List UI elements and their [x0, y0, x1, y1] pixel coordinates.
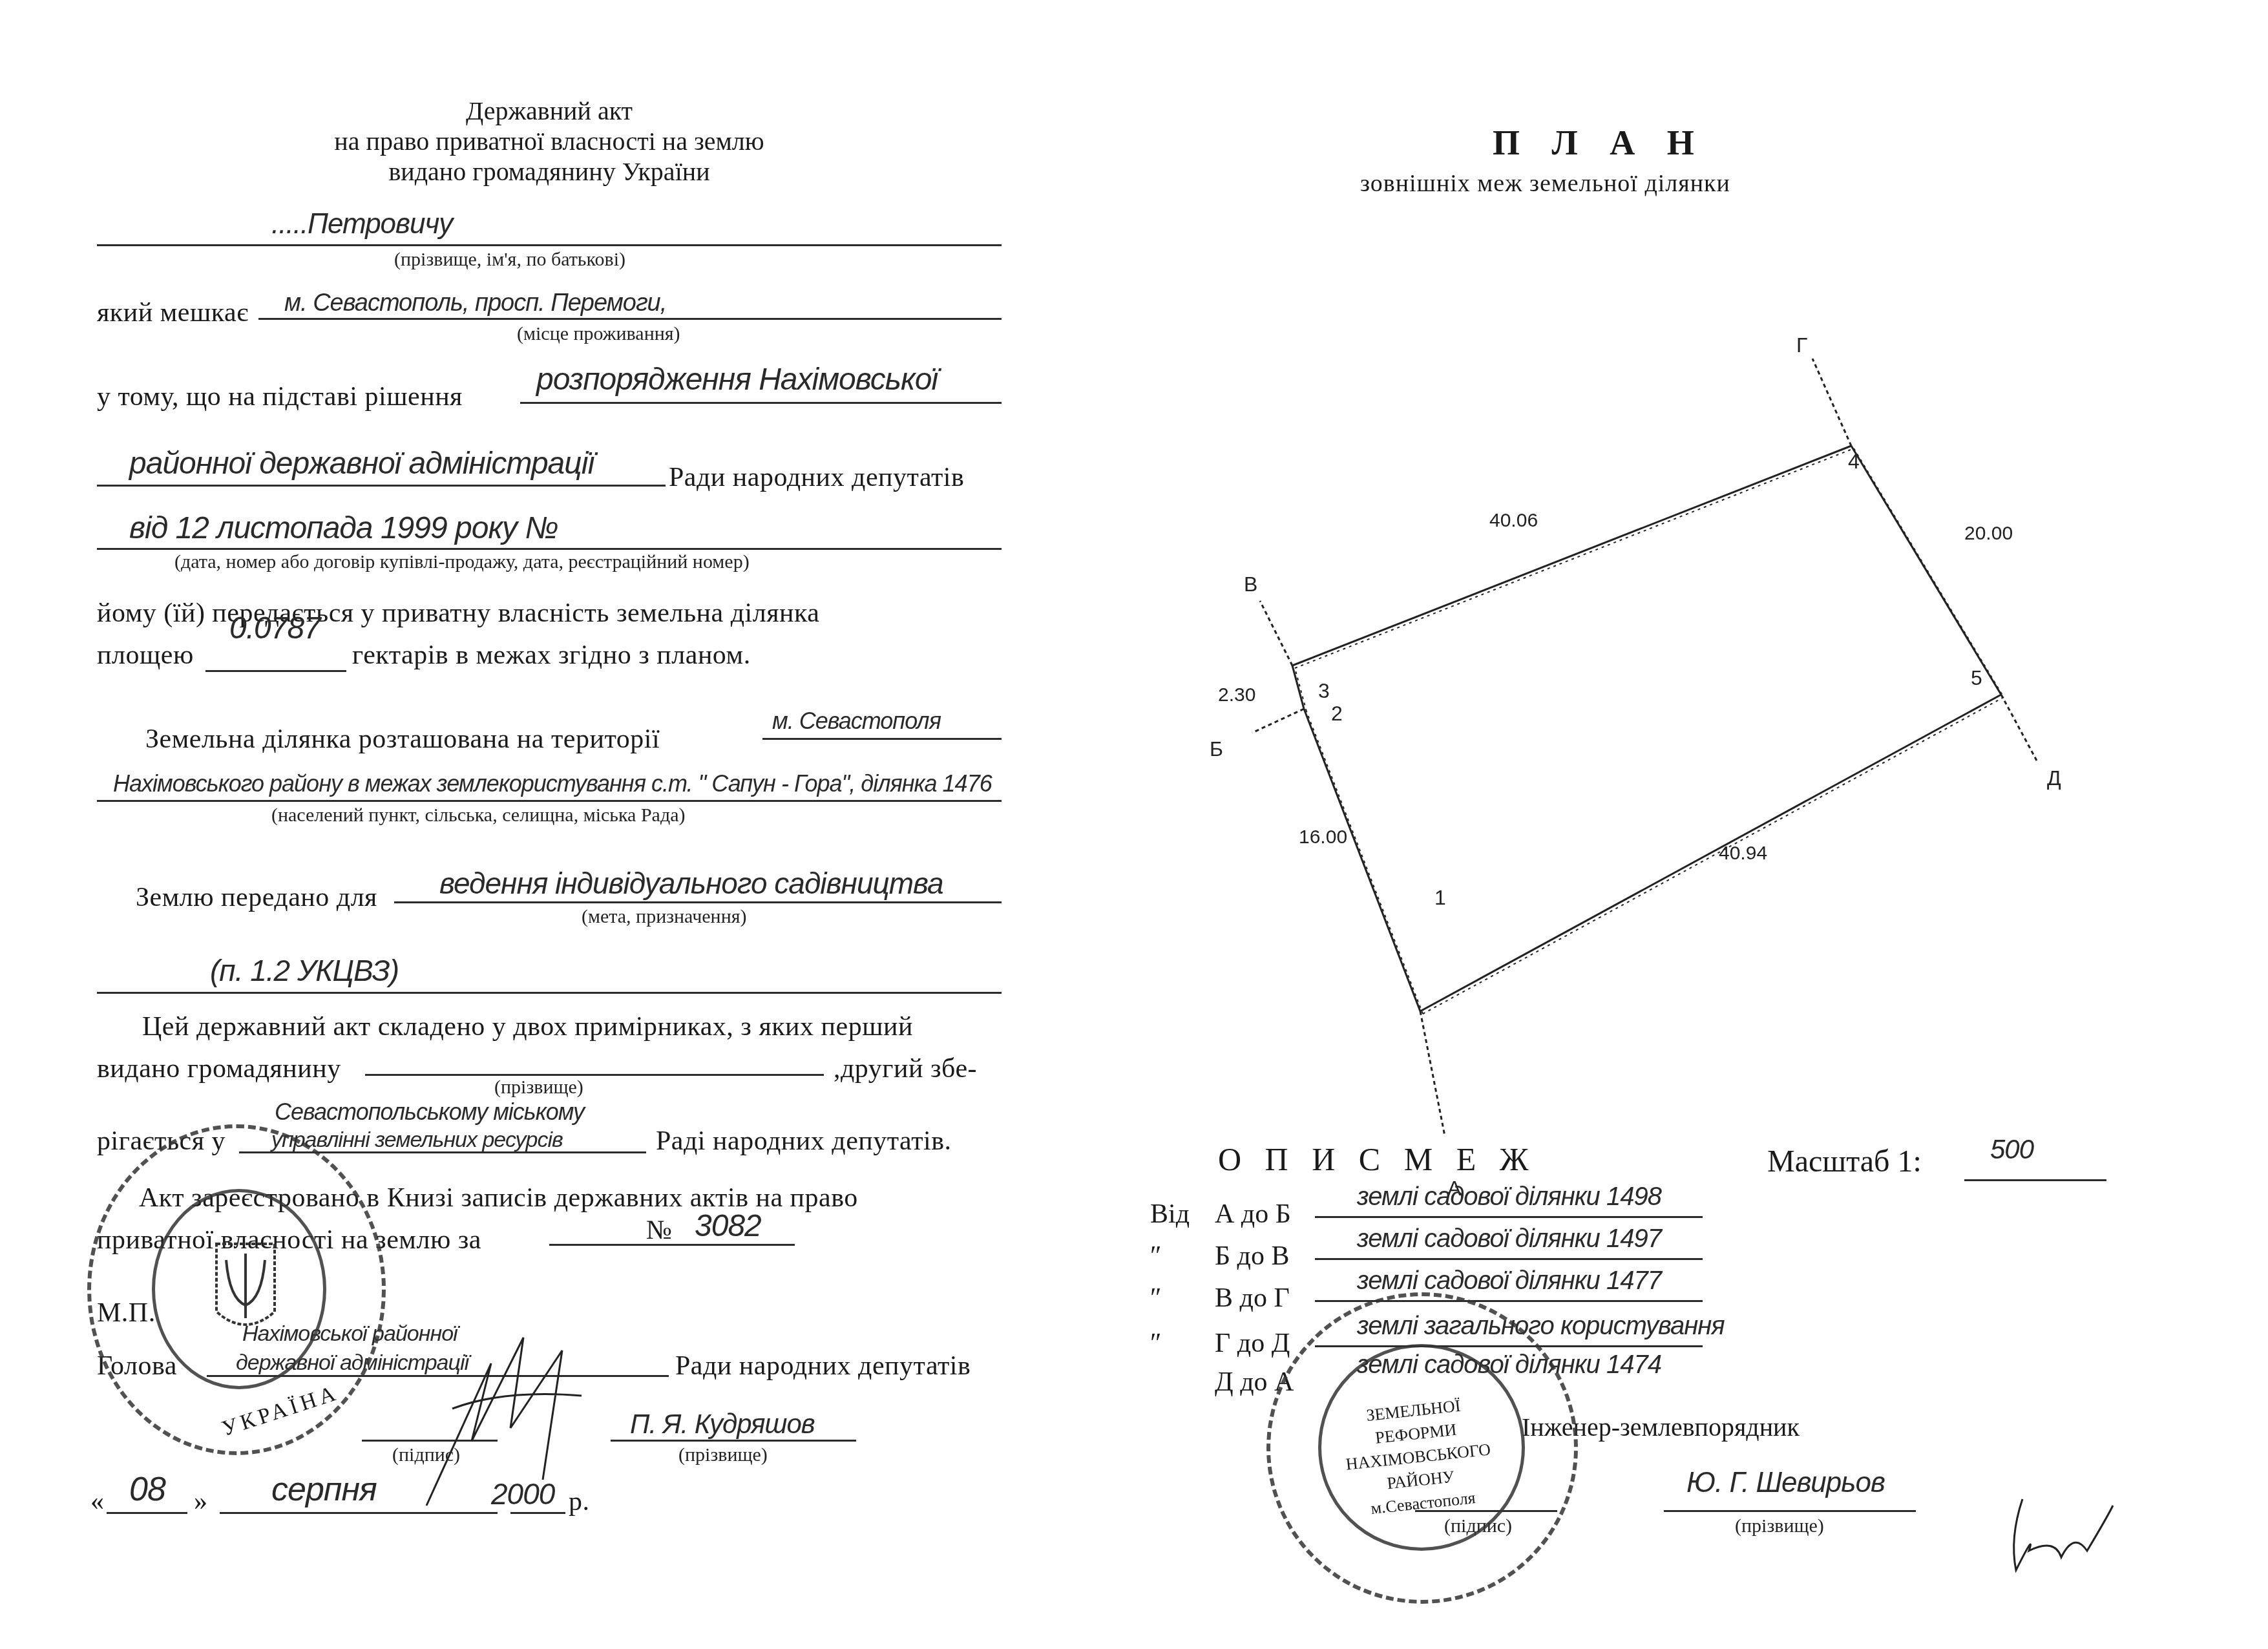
scale-label: Масштаб 1:: [1767, 1144, 1922, 1179]
plot-edge-4-5: [1851, 446, 2001, 695]
plot-edge-1-2: [1304, 709, 1420, 1011]
plot-edge-3-4: [1292, 446, 1851, 666]
engineer-initials-signature: [1997, 1493, 2126, 1583]
vertex-label: 4: [1848, 450, 1860, 473]
neighbor-label: Д: [2047, 766, 2061, 790]
plot-edge-5-1: [1423, 697, 2004, 1014]
vertex-label: 3: [1318, 679, 1330, 702]
vertex-label: 1: [1434, 886, 1446, 909]
neighbor-line-Б: [1252, 709, 1304, 733]
plot-edge-2-3: [1295, 668, 1307, 711]
boundary-line: [1315, 1258, 1703, 1260]
vertex-label: 5: [1971, 666, 1982, 689]
boundary-prefix: ″: [1150, 1328, 1162, 1359]
edge-length-label: 16.00: [1299, 826, 1347, 848]
boundary-range: Б до В: [1215, 1241, 1290, 1272]
boundary-range: В до Г: [1215, 1283, 1290, 1314]
neighbor-line-В: [1260, 601, 1292, 666]
edge-length-label: 2.30: [1218, 684, 1255, 706]
engineer-name: Ю. Г. Шевирьов: [1686, 1467, 1885, 1499]
boundary-prefix: ″: [1150, 1241, 1162, 1272]
neighbor-line-Г: [1812, 359, 1851, 446]
plot-edge-2-3: [1292, 666, 1304, 709]
boundary-value: землі садової ділянки 1498: [1357, 1182, 1661, 1212]
edge-length-label: 40.06: [1489, 510, 1538, 531]
plot-edge-5-1: [1420, 695, 2001, 1011]
boundary-title: О П И С М Е Ж: [1218, 1140, 1536, 1178]
neighbor-label: Г: [1796, 333, 1807, 357]
boundary-range: А до Б: [1215, 1199, 1291, 1230]
boundary-prefix: Від: [1150, 1199, 1190, 1230]
neighbor-label: В: [1244, 572, 1257, 596]
edge-length-label: 40.94: [1719, 843, 1767, 864]
boundary-value: землі садової ділянки 1477: [1357, 1266, 1661, 1296]
scale-value: 500: [1990, 1134, 2033, 1165]
boundary-value: землі садової ділянки 1497: [1357, 1224, 1661, 1254]
boundary-range: Г до Д: [1215, 1328, 1290, 1359]
scale-line: [1964, 1179, 2106, 1181]
neighbor-line-Д: [2001, 695, 2037, 761]
plot-diagram: 40.0620.0040.9416.002.30АБВГД12345: [0, 0, 2268, 1649]
plot-edge-3-4: [1295, 448, 1854, 668]
engineer-name-line: [1664, 1510, 1916, 1512]
edge-length-label: 20.00: [1964, 523, 2013, 544]
neighbor-line-А: [1420, 1011, 1445, 1136]
engineer-name-caption: (прізвище): [1735, 1515, 1824, 1537]
boundary-prefix: ″: [1150, 1283, 1162, 1314]
boundary-line: [1315, 1216, 1703, 1218]
vertex-label: 2: [1331, 702, 1343, 725]
neighbor-label: Б: [1210, 737, 1223, 761]
plot-edge-1-2: [1307, 711, 1423, 1014]
stamp-text-right: ЗЕМЕЛЬНОЇ РЕФОРМИ НАХІМОВСЬКОГО РАЙОНУ м…: [1325, 1390, 1511, 1524]
